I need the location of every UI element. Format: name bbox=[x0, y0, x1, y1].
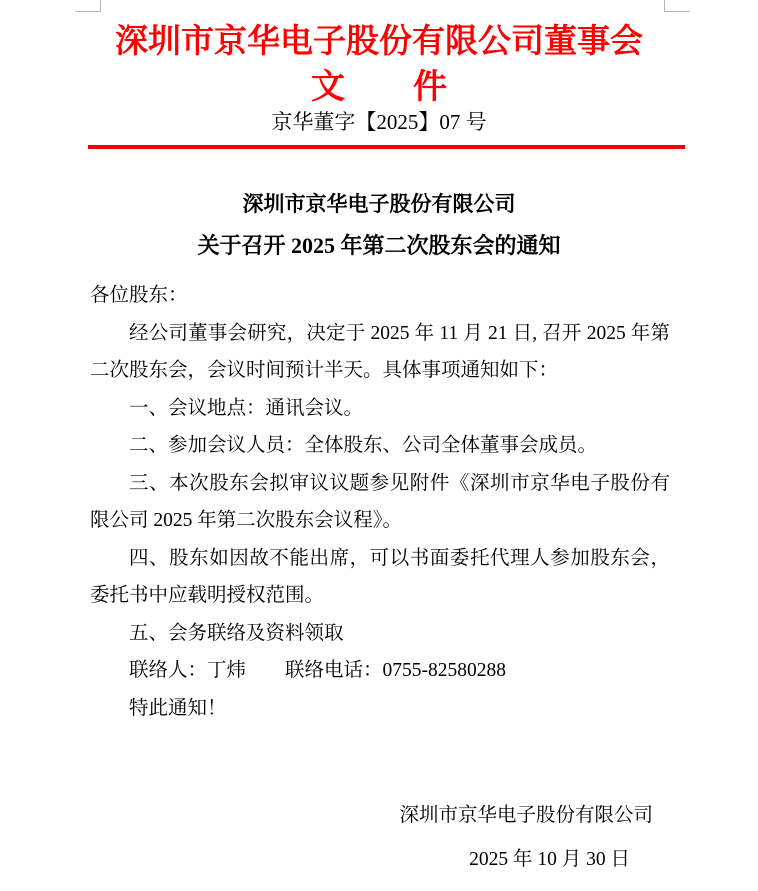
body-paragraph: 联络人：丁炜 联络电话：0755-82580288 bbox=[90, 652, 670, 690]
signature-company: 深圳市京华电子股份有限公司 bbox=[399, 799, 653, 827]
body-paragraph: 经公司董事会研究，决定于 2025 年 11 月 21 日, 召开 2025 年… bbox=[90, 315, 670, 390]
red-header-document-word: 文 件 bbox=[0, 59, 758, 108]
signature-date: 2025 年 10 月 30 日 bbox=[469, 843, 630, 871]
body-paragraph: 五、会务联络及资料领取 bbox=[90, 615, 670, 653]
salutation: 各位股东： bbox=[90, 277, 670, 315]
document-page: 深圳市京华电子股份有限公司董事会 文 件 京华董字【2025】07 号 深圳市京… bbox=[0, 0, 758, 891]
red-header-org-name: 深圳市京华电子股份有限公司董事会 bbox=[0, 15, 758, 62]
body-paragraph: 二、参加会议人员：全体股东、公司全体董事会成员。 bbox=[90, 427, 670, 465]
notice-body: 各位股东： 经公司董事会研究，决定于 2025 年 11 月 21 日, 召开 … bbox=[90, 277, 670, 727]
body-paragraph: 特此通知！ bbox=[90, 690, 670, 728]
notice-title-subject: 关于召开 2025 年第二次股东会的通知 bbox=[0, 229, 758, 260]
body-paragraph: 四、股东如因故不能出席，可以书面委托代理人参加股东会，委托书中应载明授权范围。 bbox=[90, 540, 670, 615]
red-divider-rule bbox=[88, 145, 685, 149]
margin-corner-mark-right bbox=[664, 0, 690, 12]
document-number: 京华董字【2025】07 号 bbox=[0, 106, 758, 136]
notice-title-company: 深圳市京华电子股份有限公司 bbox=[0, 188, 758, 218]
body-paragraph: 一、会议地点：通讯会议。 bbox=[90, 390, 670, 428]
margin-corner-mark-left bbox=[75, 0, 101, 12]
body-paragraph: 三、本次股东会拟审议议题参见附件《深圳市京华电子股份有限公司 2025 年第二次… bbox=[90, 465, 670, 540]
